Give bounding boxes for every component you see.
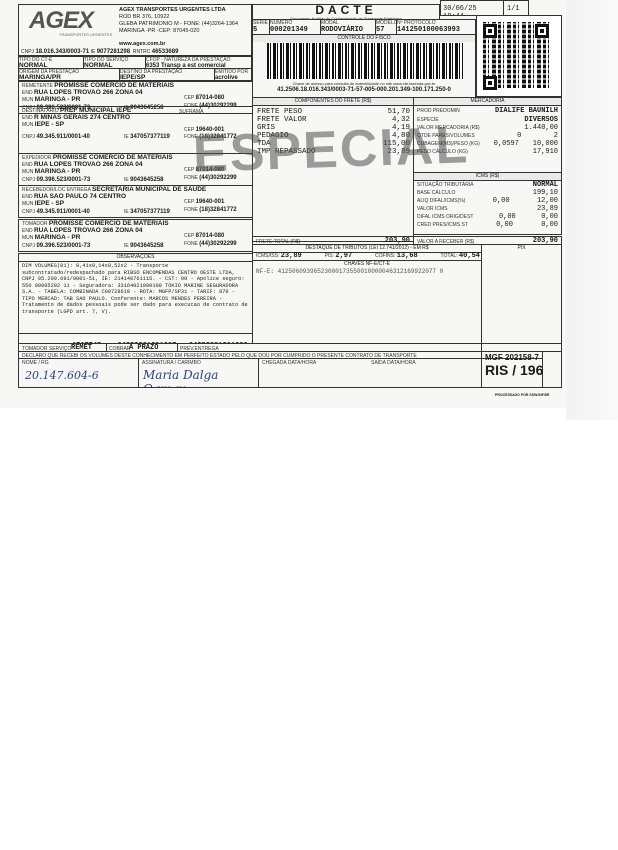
- origem-cell: ORIGEM DA PRESTAÇÃO MARINGA/PR: [18, 68, 120, 81]
- cnpj-label: CNPJ: [22, 209, 35, 215]
- qr-code-cell: [476, 15, 562, 97]
- qr-finder-icon: [535, 24, 549, 38]
- party-cnpj: 49.345.911/0001-40: [36, 134, 89, 140]
- frete-item: FRETE PESO51,70: [257, 108, 410, 116]
- end-label: END: [22, 194, 33, 200]
- mun-label: MUN: [22, 122, 33, 128]
- tributo-pis: 2,97: [335, 252, 352, 260]
- emitido-cell: EMITIDO POR acrolive: [214, 68, 252, 81]
- frete-item: FRETE VALOR4,32: [257, 116, 410, 124]
- prod-label: PROD PREDOMIN: [417, 107, 460, 116]
- aliq-label: ALIQ DIFAL/ICMS(%): [417, 197, 465, 205]
- fone-label: FONE: [184, 134, 198, 140]
- party-city: MARINGA - PR: [35, 96, 81, 103]
- party-address: RUA LOPES TROVAO 266 ZONA 04: [34, 89, 142, 96]
- pix-label: PIX: [482, 245, 561, 252]
- mun-label: MUN: [22, 169, 33, 175]
- fone-label: FONE: [184, 175, 198, 181]
- party-name: PROMISSE COMERCIO DE MATERIAIS: [54, 82, 174, 89]
- cep-label: CEP: [184, 127, 194, 133]
- party-cep: 87014-080: [196, 95, 225, 101]
- company-address-1: ROD BR 376, 10922: [119, 14, 169, 21]
- barcode: [267, 43, 463, 79]
- icms-st: 0,00: [541, 221, 558, 229]
- icms-block: ICMS (R$) SITUAÇÃO TRIBUTÁRIANORMAL BASE…: [413, 172, 562, 235]
- cep-label: CEP: [184, 233, 194, 239]
- mun-label: MUN: [22, 235, 33, 241]
- frete-item-value: 4,80: [392, 132, 410, 140]
- frete-item-name: FRETE PESO: [257, 108, 302, 116]
- frete-item-value: 23,89: [387, 148, 410, 156]
- saida-label: SAÍDA DATA/HORA: [371, 360, 416, 366]
- cep-label: CEP: [184, 95, 194, 101]
- especie-label: ESPECIE: [417, 116, 439, 124]
- qr-finder-icon: [483, 24, 497, 38]
- agex-logo: AGEX: [29, 7, 93, 35]
- chave-caption: Chave de acesso para consulta de autenti…: [253, 81, 475, 86]
- cnpj-label: CNPJ: [22, 177, 35, 183]
- fone-label: FONE: [184, 207, 198, 213]
- emission-datetime: 30/06/25 18:44: [441, 1, 503, 16]
- frete-item: TDA115,00: [257, 140, 410, 148]
- chaves-block: CHAVES NF-E/CT-E NF-E: 41250609396523000…: [252, 260, 482, 344]
- company-address-2: GLEBA PATRIMONIO M - FONE: (44)3264-1364: [119, 21, 238, 28]
- difal-dest: 0,00: [541, 213, 558, 221]
- controle-fisco-label: CONTROLE DO FISCO: [253, 35, 475, 42]
- cep-label: CEP: [184, 167, 194, 173]
- tributo-cofins-label: COFINS:: [375, 253, 395, 259]
- nome-rg-label: NOME / RG: [19, 359, 138, 367]
- qtde-volumes: 2: [554, 132, 558, 140]
- party-city: IEPE - SP: [35, 200, 64, 207]
- numero-cell: NÚMERO 000201349: [269, 19, 321, 35]
- difal-orig: 0,00: [499, 213, 516, 221]
- company-cnpj: 18.016.343/0003-71: [35, 49, 89, 55]
- serie-cell: SÉRIE 5: [252, 19, 270, 35]
- page-cell: 1/1: [503, 0, 529, 16]
- chaves-header: CHAVES NF-E/CT-E: [253, 261, 481, 268]
- party-address: RUA SAO PAULO 74 CENTRO: [34, 193, 126, 200]
- cubagem-label: CUBAGEM(m3)/PESO (Kg): [417, 140, 480, 148]
- mun-label: MUN: [22, 97, 33, 103]
- dacte-title: DACTE: [253, 5, 439, 16]
- tributo-icms-label: ICMS/ISS:: [256, 253, 279, 259]
- cred-label: CRED PRES/ICMS ST: [417, 221, 468, 229]
- qr-finder-icon: [483, 76, 497, 90]
- company-rntrc: 46533689: [152, 49, 179, 55]
- valor-icms: 23,89: [537, 205, 558, 213]
- tributo-icms: 23,89: [281, 252, 302, 260]
- frete-item-value: 51,70: [387, 108, 410, 116]
- frete-item-name: GRIS: [257, 124, 275, 132]
- tributo-total-label: TOTAL:: [441, 253, 458, 259]
- party-ie: 347057377119: [130, 134, 170, 140]
- frete-item-name: IMP REPASSADO: [257, 148, 316, 156]
- party-phone: (44)30292299: [199, 175, 236, 181]
- ie-label: IE: [91, 49, 96, 55]
- frete-item-name: TDA: [257, 140, 271, 148]
- party-cnpj: 09.396.523/0001-73: [36, 177, 90, 183]
- frete-item-value: 4,32: [392, 116, 410, 124]
- observacoes-text: DIM VOLUMES(01): 0,41x0,14x0,52x2 - Tran…: [19, 262, 252, 316]
- end-label: END: [22, 90, 33, 96]
- signature[interactable]: Maria Dalga Ogm.m: [139, 367, 258, 388]
- difal-label: DIFAL ICMS ORIG/DEST: [417, 213, 474, 221]
- cubagem-value: 0,0597: [494, 140, 519, 148]
- mercadoria-block: MERCADORIA PROD PREDOMINDIALIFE BAUNILH …: [413, 97, 562, 173]
- party-extra: SUFRAMA: [179, 109, 203, 115]
- party-ie: 347057377119: [130, 209, 170, 215]
- nome-rg-cell: NOME / RG 20.147.604-6: [18, 358, 139, 388]
- party-cep: 87014-080: [196, 233, 225, 239]
- numero-value: 000201349: [270, 26, 320, 34]
- page-number: 1/1: [504, 1, 528, 16]
- party-city: IEPE - SP: [35, 121, 64, 128]
- prod-value: DIALIFE BAUNILH: [495, 107, 558, 116]
- frete-item-name: PEDAGIO: [257, 132, 289, 140]
- pix-block: PIX: [481, 244, 562, 344]
- ie-label: IE: [124, 134, 129, 140]
- frete-item: PEDAGIO4,80: [257, 132, 410, 140]
- party-name: PROMISSE COMERCIO DE MATERIAIS: [49, 220, 169, 227]
- modelo-cell: MODELO 57: [375, 19, 397, 35]
- party-3: EXPEDIDOR PROMISSE COMERCIO DE MATERIAIS…: [18, 153, 253, 186]
- company-block: AGEX TRANSPORTES URGENTES AGEX TRANSPORT…: [18, 4, 252, 56]
- observacoes-header: OBSERVAÇÕES: [19, 254, 252, 262]
- cnpj-label: CNPJ: [22, 243, 35, 249]
- party-city: MARINGA - PR: [35, 168, 81, 175]
- mun-label: MUN: [22, 201, 33, 207]
- valor-icms-label: VALOR ICMS: [417, 205, 447, 213]
- frete-item: GRIS4,19: [257, 124, 410, 132]
- nome-rg-value[interactable]: 20.147.604-6: [19, 367, 138, 384]
- party-address: RUA LOPES TROVAO 266 ZONA 04: [34, 161, 142, 168]
- party-address: RUA LOPES TROVAO 266 ZONA 04: [34, 227, 142, 234]
- party-cnpj: 49.345.911/0001-40: [36, 209, 89, 215]
- ris-code: RIS / 196: [485, 362, 543, 378]
- end-label: END: [22, 115, 33, 121]
- peso-calc-label: PESO CÁLCULO (Kg): [417, 148, 468, 156]
- party-cep: 19640-001: [196, 199, 225, 205]
- valor-mercadoria: 1.440,00: [524, 124, 558, 132]
- party-address: R MINAS GERAIS 274 CENTRO: [34, 114, 130, 121]
- tributo-pis-label: PIS:: [325, 253, 334, 259]
- situacao-value: NORMAL: [533, 181, 558, 189]
- frete-item-name: FRETE VALOR: [257, 116, 307, 124]
- tributos-block: DESTAQUE DE TRIBUTOS (Lei 12.741/2012) -…: [252, 244, 482, 261]
- fone-label: FONE: [184, 241, 198, 247]
- logo-subtitle: TRANSPORTES URGENTES: [59, 32, 112, 38]
- frete-components: COMPONENTES DO FRETE (R$) FRETE PESO51,7…: [252, 97, 414, 242]
- party-phone: (18)32841772: [199, 134, 236, 140]
- modelo-value: 57: [376, 26, 396, 34]
- routing-block: MGF 202158-7 RIS / 196: [481, 343, 562, 388]
- valor-label: VALOR MERCADORIA (R$): [417, 124, 480, 132]
- party-5: TOMADOR PROMISSE COMERCIO DE MATERIAIS E…: [18, 219, 253, 252]
- qtde-label: QTDE PARES/VOLUMES: [417, 132, 475, 140]
- company-name: AGEX TRANSPORTES URGENTES LTDA: [119, 7, 226, 14]
- frete-item: IMP REPASSADO23,89: [257, 148, 410, 156]
- end-label: END: [22, 162, 33, 168]
- controle-fisco: CONTROLE DO FISCO Chave de acesso para c…: [252, 34, 476, 98]
- aliq-icms: 12,00: [537, 197, 558, 205]
- party-4: RECEBEDOR/LOC ENTREGA SECRETARIA MUNICIP…: [18, 185, 253, 218]
- party-cep: 87014-080: [196, 167, 225, 173]
- dacte-title-block: DACTE Documento Auxiliar do Conhecimento…: [252, 4, 440, 20]
- mercadoria-header: MERCADORIA: [414, 98, 561, 106]
- protocolo-value: 141250100063993: [397, 26, 475, 34]
- frete-items: FRETE PESO51,70FRETE VALOR4,32GRIS4,19PE…: [253, 106, 413, 156]
- party-cep: 19640-001: [196, 127, 225, 133]
- especie-value: DIVERSOS: [524, 116, 558, 124]
- frete-header: COMPONENTES DO FRETE (R$): [253, 98, 413, 106]
- cnpj-label: CNPJ: [21, 49, 34, 55]
- party-city: MARINGA - PR: [35, 234, 81, 241]
- party-2: DESTINATÁRIO PREF MUNICIPAL IEPE SUFRAMA…: [18, 106, 253, 154]
- company-website[interactable]: www.agex.com.br: [119, 41, 166, 47]
- rntrc-label: RNTRC: [133, 49, 151, 55]
- tributo-total: 40,54: [459, 252, 480, 260]
- party-phone: (18)32841772: [199, 207, 236, 213]
- processado-por: PROCESSADO POR SSW.INF.BR: [495, 393, 549, 397]
- destino-cell: DESTINO DA PRESTAÇÃO IEPE/SP: [119, 68, 215, 81]
- party-name: PROMISSE COMERCIO DE MATERIAIS: [53, 154, 173, 161]
- assinatura-cell: ASSINATURA / CARIMBO Maria Dalga Ogm.m: [138, 358, 259, 388]
- cep-label: CEP: [184, 199, 194, 205]
- peso-value: 10,000: [533, 140, 558, 148]
- icms-header: ICMS (R$): [414, 173, 561, 181]
- company-ie: 9077281298: [97, 49, 130, 55]
- frete-item-value: 4,19: [392, 124, 410, 132]
- mgf-code: MGF 202158-7: [485, 353, 539, 362]
- party-ie: 9043645258: [130, 177, 163, 183]
- assinatura-label: ASSINATURA / CARIMBO: [139, 359, 258, 367]
- modal-value: RODOVIÁRIO: [321, 26, 375, 34]
- datetime-cell: 30/06/25 18:44: [440, 0, 504, 16]
- end-label: END: [22, 228, 33, 234]
- cred-pres: 0,00: [496, 221, 513, 229]
- cnpj-label: CNPJ: [22, 134, 35, 140]
- party-name: PREF MUNICIPAL IEPE: [60, 107, 131, 114]
- serie-value: 5: [253, 26, 269, 34]
- ie-label: IE: [124, 209, 129, 215]
- base-label: BASE CÁLCULO: [417, 189, 455, 197]
- company-address-3: MARINGA -PR -CEP: 87045-020: [119, 28, 199, 35]
- chave-acesso[interactable]: 41.2506.18.016.343/0003-71-57-005-000.20…: [253, 87, 475, 93]
- party-cnpj: 09.396.523/0001-73: [36, 243, 90, 249]
- situacao-label: SITUAÇÃO TRIBUTÁRIA: [417, 181, 474, 189]
- frete-item-value: 115,00: [383, 140, 410, 148]
- peso-calc-value: 17,910: [533, 148, 558, 156]
- party-ie: 9043645258: [130, 243, 163, 249]
- chegada-label: CHEGADA DATA/HORA: [262, 360, 316, 366]
- observacoes-block: OBSERVAÇÕES DIM VOLUMES(01): 0,41x0,14x0…: [18, 253, 253, 334]
- ie-label: IE: [124, 177, 129, 183]
- protocolo-cell: Nº PROTOCOLO 141250100063993: [396, 19, 476, 35]
- party-name: SECRETARIA MUNICIPAL DE SAUDE: [92, 186, 206, 193]
- tributo-cofins: 13,68: [397, 252, 418, 260]
- base-value: 199,10: [533, 189, 558, 197]
- party-phone: (44)30292299: [199, 241, 236, 247]
- nfe-key[interactable]: NF-E: 4125060939652300017355001000004631…: [253, 268, 481, 275]
- ie-label: IE: [124, 243, 129, 249]
- modal-cell: MODAL RODOVIÁRIO: [320, 19, 376, 35]
- aliq-difal: 0,00: [493, 197, 510, 205]
- paper-edge: [566, 0, 618, 420]
- qtde-pares: 0: [517, 132, 521, 140]
